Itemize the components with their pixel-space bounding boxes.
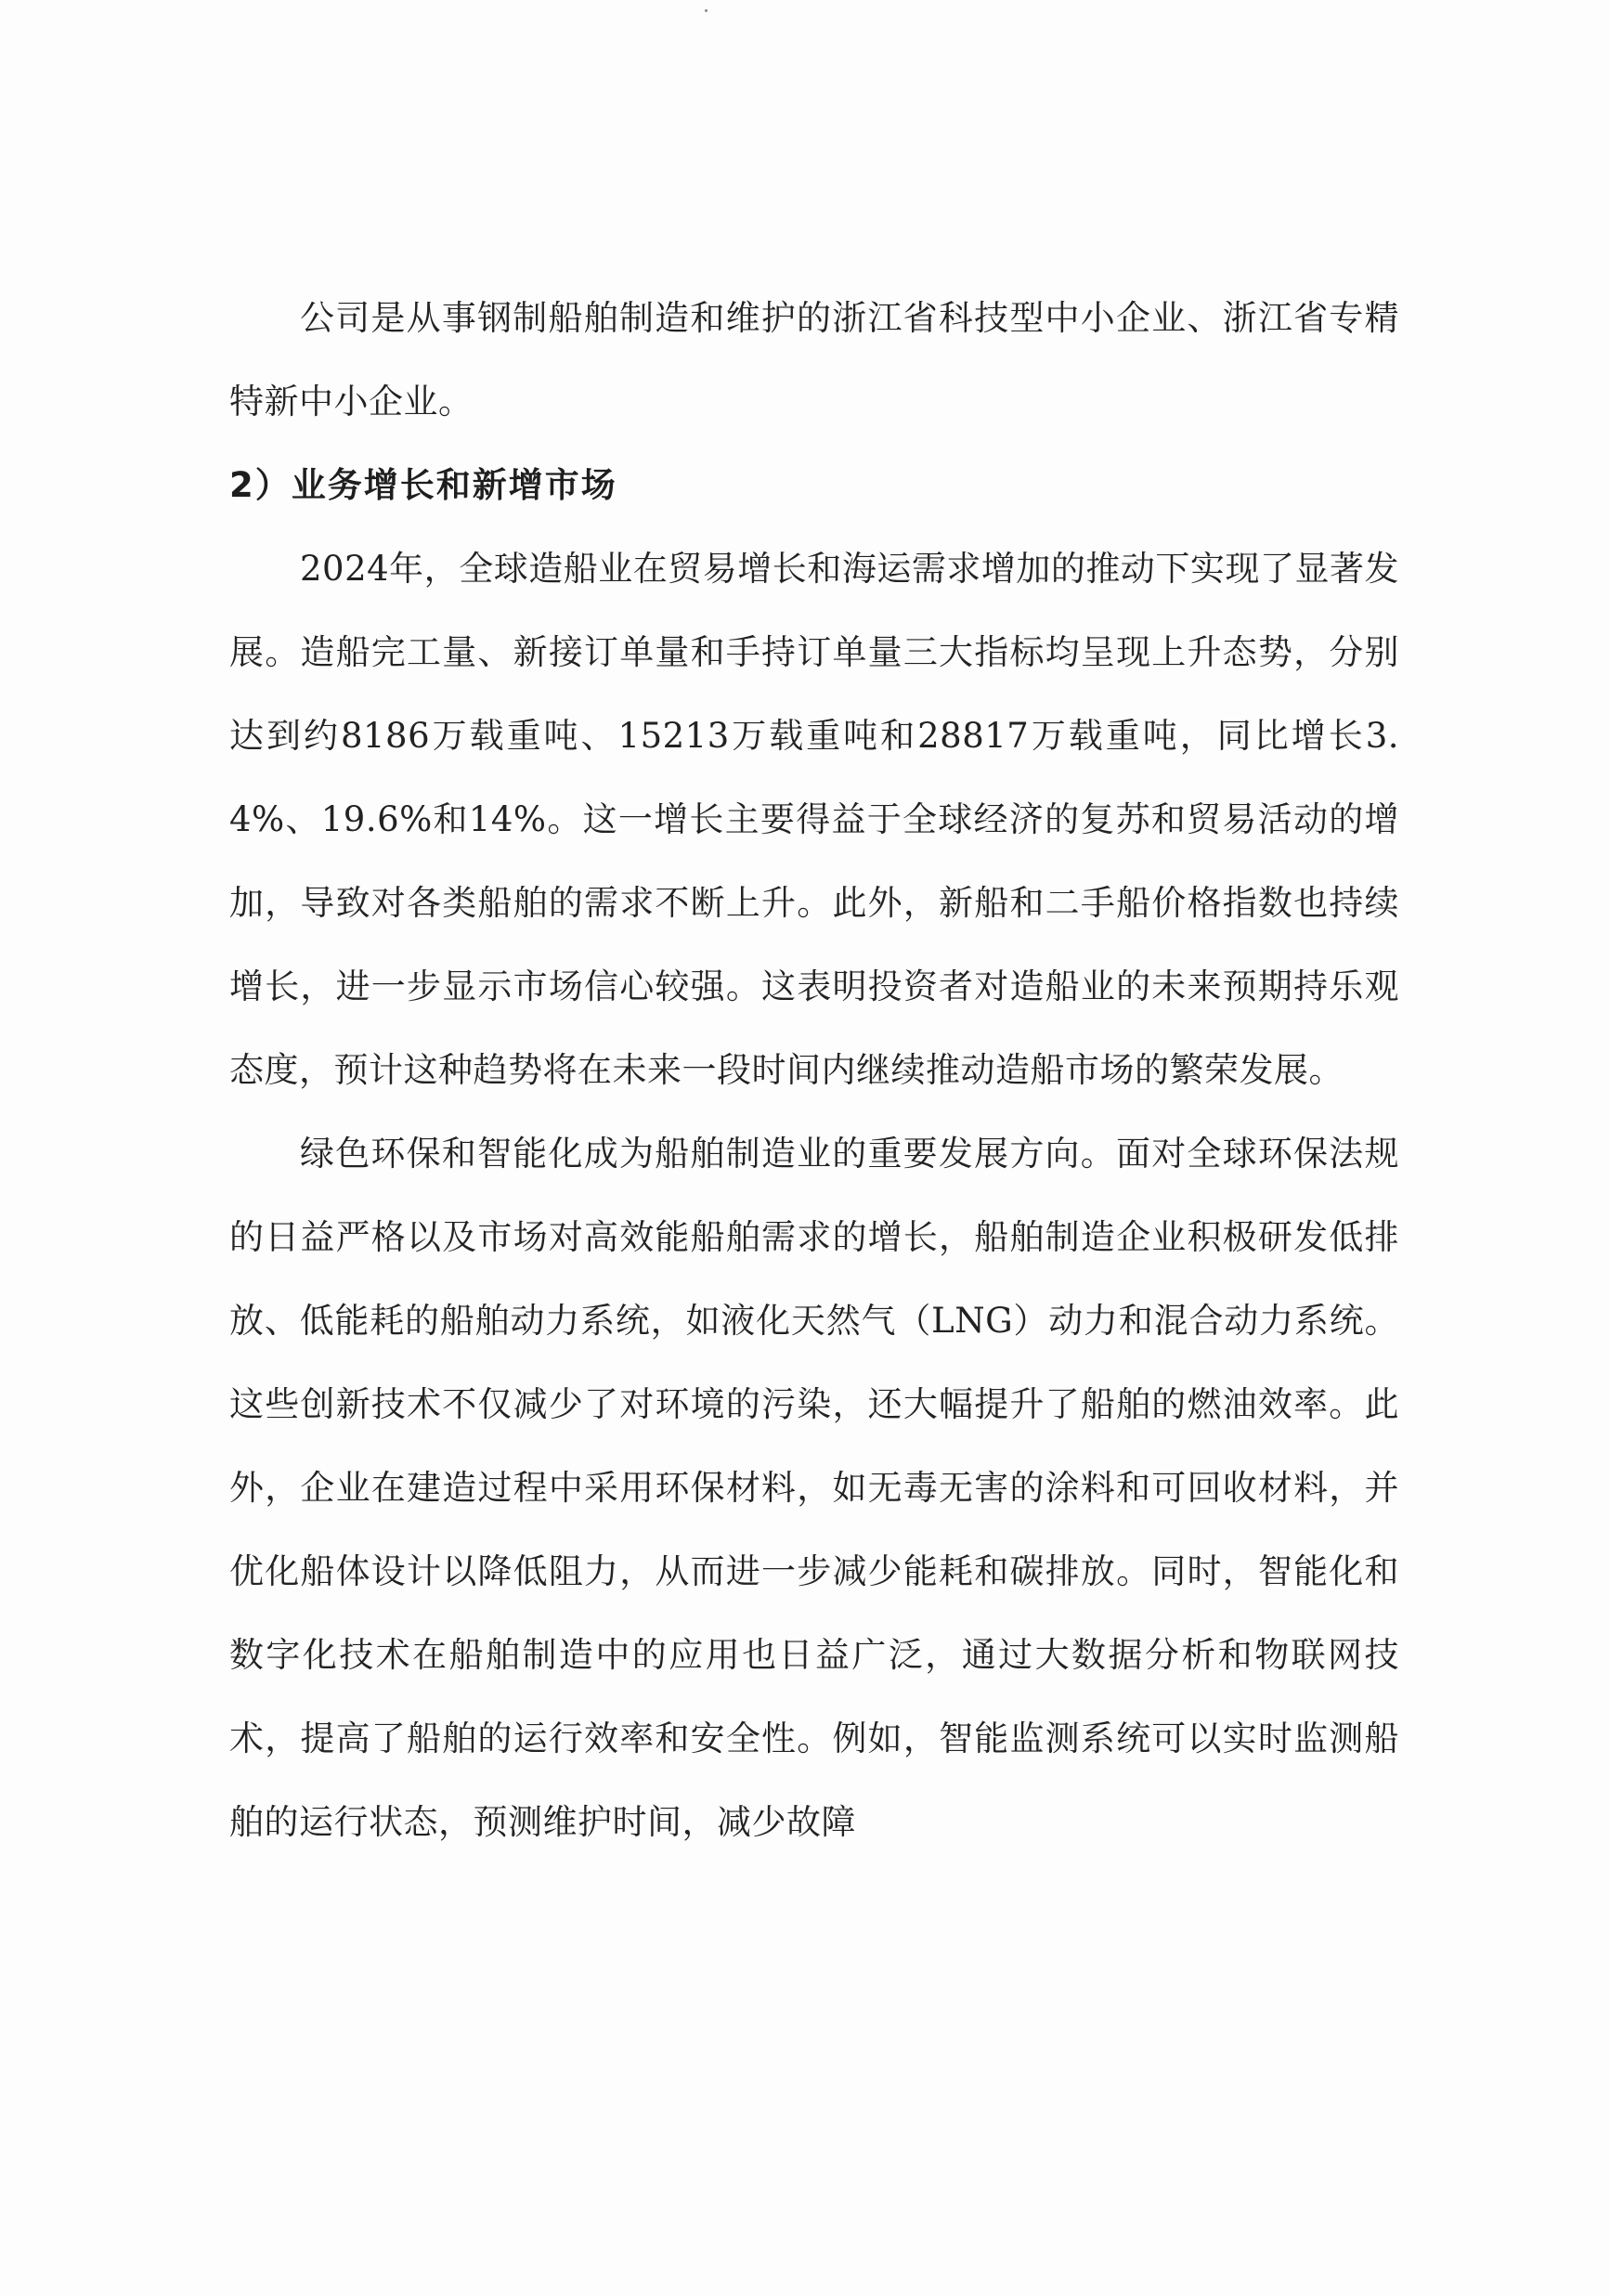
scan-speck <box>705 9 708 12</box>
document-page: 公司是从事钢制船舶制造和维护的浙江省科技型中小企业、浙江省专精特新中小企业。 2… <box>0 0 1610 2296</box>
section-heading: 2）业务增长和新增市场 <box>229 444 1399 527</box>
document-body: 公司是从事钢制船舶制造和维护的浙江省科技型中小企业、浙江省专精特新中小企业。 2… <box>229 277 1399 1864</box>
paragraph-company-intro: 公司是从事钢制船舶制造和维护的浙江省科技型中小企业、浙江省专精特新中小企业。 <box>229 277 1399 444</box>
paragraph-shipbuilding-growth: 2024年，全球造船业在贸易增长和海运需求增加的推动下实现了显著发展。造船完工量… <box>229 527 1399 1112</box>
paragraph-green-intelligent: 绿色环保和智能化成为船舶制造业的重要发展方向。面对全球环保法规的日益严格以及市场… <box>229 1112 1399 1864</box>
